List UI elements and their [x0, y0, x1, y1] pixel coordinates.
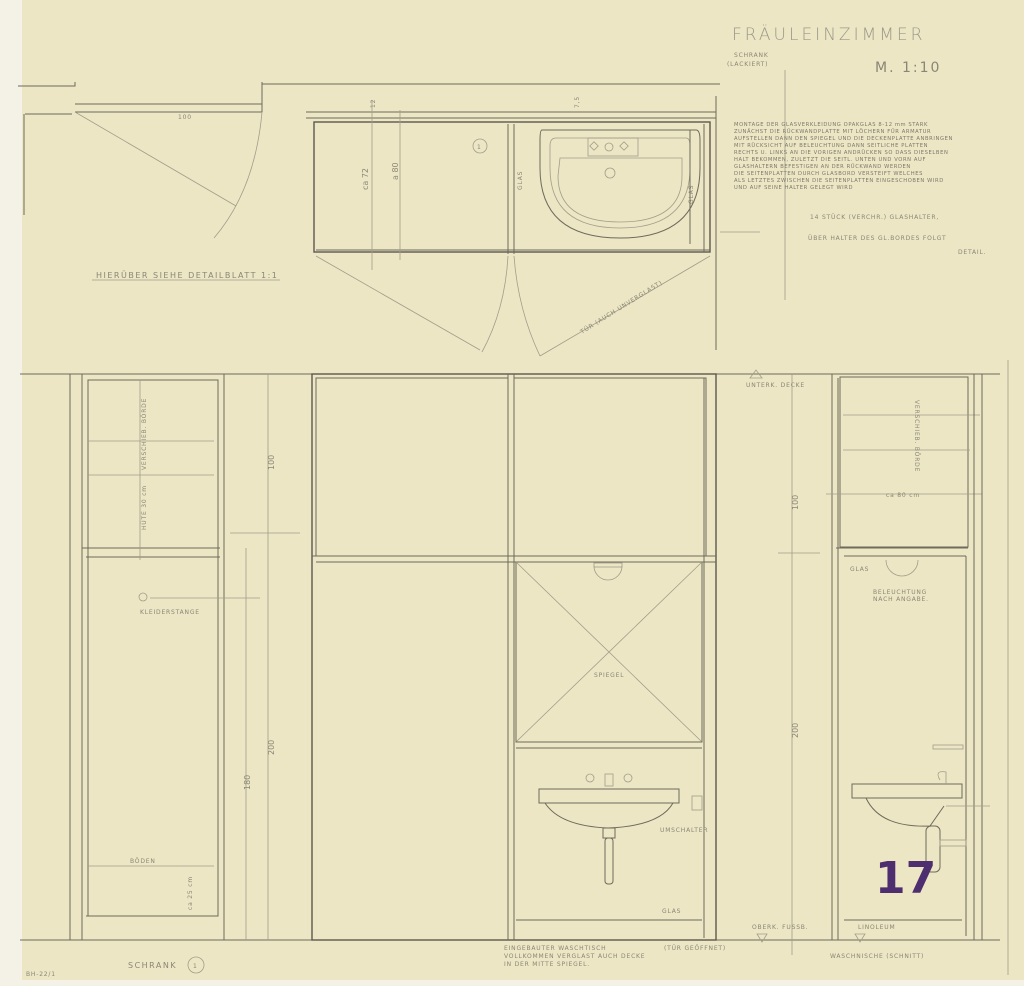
center-caption-2: VOLLKOMMEN VERGLAST AUCH DECKE	[504, 953, 645, 960]
svg-text:ZUNÄCHST DIE RÜCKWANDPLATTE MI: ZUNÄCHST DIE RÜCKWANDPLATTE MIT LÖCHERN …	[734, 128, 931, 135]
cabinet-elevation-left: VERSCHIEB. BÖRDE HÜTE 30 cm KLEIDERSTANG…	[20, 374, 1000, 973]
svg-text:MIT RÜCKSICHT AUF BELEUCHTUNG: MIT RÜCKSICHT AUF BELEUCHTUNG DANN SEITL…	[734, 142, 928, 149]
linoleum-label: LINOLEUM	[858, 924, 895, 931]
center-caption-open: (TÜR GEÖFFNET)	[664, 945, 726, 952]
svg-text:GLASHALTERN BEFESTIGEN AN DER: GLASHALTERN BEFESTIGEN AN DER RÜCKWAND W…	[734, 163, 911, 170]
switch-icon	[692, 796, 702, 810]
holder-detail-note-2: DETAIL.	[958, 249, 986, 256]
architectural-drawing: FRÄULEINZIMMER SCHRANK (LACKIERT) M. 1:1…	[0, 0, 1024, 986]
light-fixture	[594, 566, 622, 580]
right-light-fixture	[886, 560, 918, 576]
drawer-dim: ca 25 cm	[187, 876, 194, 910]
switch-label: UMSCHALTER	[660, 827, 708, 834]
plan-glass-left: GLAS	[517, 171, 524, 190]
svg-text:RECHTS U. LINKS AN DIE VORIGEN: RECHTS U. LINKS AN DIE VORIGEN ANDRÜCKEN…	[734, 149, 948, 156]
svg-text:HALT BEKOMMEN, ZULETZT DIE SEI: HALT BEKOMMEN, ZULETZT DIE SEITL. UNTEN …	[734, 157, 926, 163]
dim-180-left: 180	[243, 775, 252, 790]
rail-label: KLEIDERSTANGE	[140, 609, 200, 616]
linoleum-marker-icon	[855, 934, 865, 942]
plan-dim-72: ca 72	[361, 168, 370, 190]
svg-text:ALS LETZTES ZWISCHEN DIE SEITE: ALS LETZTES ZWISCHEN DIE SEITENPLATTEN E…	[734, 178, 944, 184]
sheet-subtitle-2: (LACKIERT)	[727, 61, 768, 68]
center-caption-3: IN DER MITTE SPIEGEL.	[504, 961, 590, 968]
svg-text:MONTAGE DER GLASVERKLEIDUNG OP: MONTAGE DER GLASVERKLEIDUNG OPAKGLAS 8-1…	[734, 122, 928, 128]
holders-note: 14 STÜCK (VERCHR.) GLASHALTER,	[810, 214, 939, 221]
plan-door-note: TÜR (AUCH UNVERGLAST)	[579, 279, 664, 336]
floor-mark: OBERK. FUSSB.	[752, 924, 808, 931]
sheet-subtitle-1: SCHRANK	[734, 52, 769, 59]
svg-text:1: 1	[477, 144, 482, 151]
cabinet-caption: SCHRANK	[128, 961, 177, 970]
dim-80-right: ca 80 cm	[886, 492, 920, 499]
ceiling-mark: UNTERK. DECKE	[746, 382, 805, 389]
svg-text:AUFSTELLEN DANN DEN SPIEGEL UN: AUFSTELLEN DANN DEN SPIEGEL UND DIE DECK…	[734, 136, 953, 142]
sheet-number-stamp: 17	[875, 853, 936, 904]
rail-icon	[139, 593, 147, 601]
dim-100-left: 100	[267, 455, 276, 470]
right-shelf-label: VERSCHIEB. BÖRDE	[913, 400, 920, 472]
shelf-label: VERSCHIEB. BÖRDE	[141, 398, 148, 470]
cabinet-caption-circle: 1	[193, 963, 198, 970]
svg-text:UND AUF SEINE HALTER GELEGT WI: UND AUF SEINE HALTER GELEGT WIRD	[734, 185, 853, 191]
right-glass-label: GLAS	[850, 566, 869, 573]
plan-dim-100: 100	[178, 114, 192, 121]
scale-label: M. 1:10	[875, 60, 941, 76]
svg-text:DIE SEITENPLATTEN DURCH GLASBO: DIE SEITENPLATTEN DURCH GLASBORD VERSTEI…	[734, 171, 923, 177]
hat-shelf-label: HÜTE 30 cm	[141, 485, 148, 530]
plan-dim-75: 7,5	[574, 96, 581, 108]
washroom-section: UNTERK. DECKE 100 200 ca 80 cm VERSCHIEB…	[746, 370, 990, 960]
detail-sheet-note: HIERÜBER SIEHE DETAILBLATT 1:1	[96, 270, 278, 280]
plan-glass-right: GLAS	[688, 185, 695, 204]
dim-200-right: 200	[791, 723, 800, 738]
drawer-label: BÖDEN	[130, 858, 156, 865]
floor-marker-icon	[757, 934, 767, 942]
washbasin-section	[852, 784, 962, 798]
center-caption-1: EINGEBAUTER WASCHTISCH	[504, 945, 606, 952]
center-glass-label: GLAS	[662, 908, 681, 915]
plan-view: 100 ca 72 a 80 12 7,5 1 GLAS GLAS	[18, 82, 760, 356]
dim-100-right: 100	[791, 495, 800, 510]
dim-200-left: 200	[267, 740, 276, 755]
plan-dim-80: a 80	[391, 162, 400, 180]
light-label-2: NACH ANGABE.	[873, 596, 929, 603]
mirror-label: SPIEGEL	[594, 672, 624, 679]
center-elevation: SPIEGEL UMSCHALTER GLAS EINGEBAUTER WASC…	[312, 374, 726, 968]
holder-detail-note-1: ÜBER HALTER DES GL.BORDES FOLGT	[808, 235, 947, 242]
washbasin-elevation	[539, 789, 679, 803]
section-caption: WASCHNISCHE (SCHNITT)	[830, 953, 924, 960]
plan-dim-12: 12	[370, 99, 377, 108]
assembly-notes: MONTAGE DER GLASVERKLEIDUNG OPAKGLAS 8-1…	[734, 122, 953, 191]
corner-mark: BH-22/1	[26, 971, 56, 978]
light-label-1: BELEUCHTUNG	[873, 589, 927, 596]
sheet-title: FRÄULEINZIMMER	[732, 24, 925, 45]
